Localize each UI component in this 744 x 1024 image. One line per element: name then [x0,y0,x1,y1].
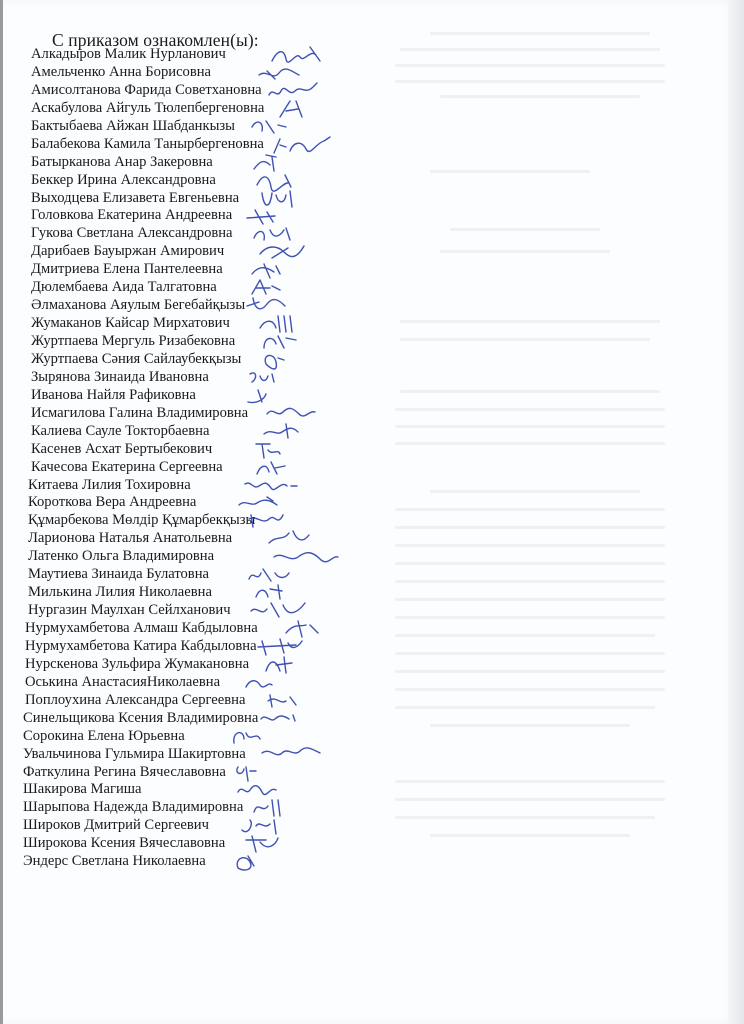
signatory-name: Журтпаева Мергуль Ризабековна [31,333,235,349]
signatory-row: Зырянова Зинаида Ивановна [31,369,266,387]
signatory-row: Амельченко Анна Борисовна [31,64,266,82]
bleed-through-line [430,490,640,493]
signatory-row: Касенев Асхат Бертыбекович [31,441,266,459]
bleed-through-line [395,526,665,529]
signatory-name: Синельщикова Ксения Владимировна [23,710,258,726]
signatory-row: Әлмаханова Аяулым Бегебайқызы [31,297,266,315]
signatory-row: Аскабулова Айгуль Тюлепбергеновна [31,100,266,118]
bleed-through-line [400,320,660,323]
signatory-name: Балабекова Камила Танырбергеновна [31,136,264,152]
signatory-row: Нурмухамбетова Алмаш Кабдыловна [25,620,260,638]
signatory-name: Нурмухамбетова Алмаш Кабдыловна [25,620,258,636]
signatory-name: Милькина Лилия Николаевна [28,584,212,600]
signatory-name: Жумаканов Кайсар Мирхатович [31,315,230,331]
signatory-row: Алкадыров Малик Нурланович [31,46,266,64]
signatory-name: Широков Дмитрий Сергеевич [23,817,209,833]
signatory-name: Дарибаев Бауыржан Амирович [31,243,224,259]
signatory-row: Құмарбекова Мөлдір Құмарбекқызы [28,512,263,530]
signatory-name: Широкова Ксения Вячеславовна [23,835,225,851]
bleed-through-line [395,598,665,601]
signatory-row: Батырканова Анар Закеровна [31,154,266,172]
bleed-through-line [430,170,590,173]
bleed-through-line [395,670,665,673]
signatory-row: Выходцева Елизавета Евгеньевна [31,190,266,208]
signatory-row: Широков Дмитрий Сергеевич [23,817,258,835]
signatory-name: Гукова Светлана Александровна [31,225,233,241]
signatory-row: Оськина АнастасияНиколаевна [25,674,260,692]
signatory-name: Дмитриева Елена Пантелеевна [31,261,223,277]
signatory-row: Латенко Ольга Владимировна [28,548,263,566]
signatory-row: Поплоухина Александра Сергеевна [25,692,260,710]
scan-edge [728,0,744,1024]
signatory-name: Нурмухамбетова Катира Кабдыловна [25,638,257,654]
signatory-name: Ларионова Наталья Анатольевна [28,530,232,546]
signatory-row: Нурмухамбетова Катира Кабдыловна [25,638,260,656]
signatory-name: Дюлембаева Аида Талгатовна [31,279,217,295]
signatory-row: Амисолтанова Фарида Советхановна [31,82,266,100]
signatory-name: Выходцева Елизавета Евгеньевна [31,190,239,206]
signatory-name: Журтпаева Сәния Сайлаубекқызы [31,351,241,367]
signatory-row: Бактыбаева Айжан Шабданкызы [31,118,266,136]
bleed-through-line [395,544,665,547]
signatory-row: Шакирова Магиша [23,781,258,799]
bleed-through-line [440,95,640,98]
signatory-row: Ларионова Наталья Анатольевна [28,530,263,548]
signatory-name: Латенко Ольга Владимировна [28,548,214,564]
bleed-through-line [395,562,665,565]
signatory-row: Головкова Екатерина Андреевна [31,207,266,225]
signatory-row: Беккер Ирина Александровна [31,172,266,190]
signatory-name: Головкова Екатерина Андреевна [31,207,232,223]
signatory-row: Жумаканов Кайсар Мирхатович [31,315,266,333]
signatory-name: Амельченко Анна Борисовна [31,64,211,80]
bleed-through-line [430,834,630,837]
signatory-row: Эндерс Светлана Николаевна [23,853,258,871]
signatory-row: Дюлембаева Аида Талгатовна [31,279,266,297]
signatory-row: Журтпаева Мергуль Ризабековна [31,333,266,351]
signatory-row: Калиева Сауле Токторбаевна [31,423,266,441]
signatory-row: Нургазин Маулхан Сейлханович [28,602,263,620]
signatory-name: Аскабулова Айгуль Тюлепбергеновна [31,100,264,116]
handwritten-signature-icon [232,851,292,873]
signatory-list: Алкадыров Малик НурлановичАмельченко Анн… [31,46,266,871]
signatory-row: Исмагилова Галина Владимировна [31,405,266,423]
bleed-through-line [395,652,665,655]
signatory-row: Синельщикова Ксения Владимировна [23,710,258,728]
signatory-row: Журтпаева Сәния Сайлаубекқызы [31,351,266,369]
signatory-name: Увальчинова Гульмира Шакиртовна [23,746,246,762]
bleed-through-line [430,32,650,35]
signatory-name: Качесова Екатерина Сергеевна [31,459,223,475]
signatory-row: Фаткулина Регина Вячеславовна [23,764,258,782]
signatory-row: Сорокина Елена Юрьевна [23,728,258,746]
signatory-name: Эндерс Светлана Николаевна [23,853,206,869]
bleed-through-line [395,780,665,783]
signatory-name: Оськина АнастасияНиколаевна [25,674,220,690]
signatory-name: Калиева Сауле Токторбаевна [31,423,209,439]
signatory-row: Китаева Лилия Тохировна [28,477,263,495]
signatory-name: Алкадыров Малик Нурланович [31,46,226,62]
bleed-through-line [395,580,665,583]
signatory-name: Құмарбекова Мөлдір Құмарбекқызы [28,512,255,528]
bleed-through-line [395,798,665,801]
signatory-row: Балабекова Камила Танырбергеновна [31,136,266,154]
bleed-through-line [450,228,600,231]
bleed-through-line [400,48,660,51]
signatory-name: Шарыпова Надежда Владимировна [23,799,243,815]
signatory-row: Качесова Екатерина Сергеевна [31,459,266,477]
signatory-name: Бактыбаева Айжан Шабданкызы [31,118,235,134]
signatory-row: Дмитриева Елена Пантелеевна [31,261,266,279]
signatory-name: Короткова Вера Андреевна [28,494,196,510]
signatory-name: Батырканова Анар Закеровна [31,154,213,170]
bleed-through-line [395,634,655,637]
signatory-row: Гукова Светлана Александровна [31,225,266,243]
bleed-through-line [395,816,655,819]
bleed-through-line [400,390,660,393]
bleed-through-line [400,338,650,341]
signatory-row: Маутиева Зинаида Булатовна [28,566,263,584]
signatory-name: Фаткулина Регина Вячеславовна [23,764,226,780]
signatory-name: Беккер Ирина Александровна [31,172,216,188]
bleed-through-line [395,408,665,411]
signatory-name: Сорокина Елена Юрьевна [23,728,185,744]
signatory-name: Нурскенова Зульфира Жумакановна [25,656,249,672]
signatory-row: Иванова Найля Рафиковна [31,387,266,405]
bleed-through-line [395,508,665,511]
signatory-row: Широкова Ксения Вячеславовна [23,835,258,853]
bleed-through-line [395,64,665,67]
signatory-name: Маутиева Зинаида Булатовна [28,566,209,582]
signatory-name: Китаева Лилия Тохировна [28,477,191,493]
signatory-row: Шарыпова Надежда Владимировна [23,799,258,817]
signatory-name: Әлмаханова Аяулым Бегебайқызы [31,297,245,313]
bleed-through-line [440,250,610,253]
bleed-through-line [395,688,665,691]
signatory-name: Нургазин Маулхан Сейлханович [28,602,231,618]
signatory-row: Короткова Вера Андреевна [28,494,263,512]
bleed-through-line [395,442,665,445]
bleed-through-line [395,616,665,619]
signatory-name: Зырянова Зинаида Ивановна [31,369,209,385]
signatory-row: Увальчинова Гульмира Шакиртовна [23,746,258,764]
bleed-through-line [395,425,665,428]
signatory-row: Дарибаев Бауыржан Амирович [31,243,266,261]
signatory-name: Касенев Асхат Бертыбекович [31,441,212,457]
signatory-name: Иванова Найля Рафиковна [31,387,196,403]
bleed-through-line [395,80,665,83]
signatory-name: Поплоухина Александра Сергеевна [25,692,245,708]
signatory-name: Шакирова Магиша [23,781,141,797]
bleed-through-line [430,724,630,727]
signatory-name: Исмагилова Галина Владимировна [31,405,248,421]
signatory-row: Милькина Лилия Николаевна [28,584,263,602]
signatory-name: Амисолтанова Фарида Советхановна [31,82,262,98]
signatory-row: Нурскенова Зульфира Жумакановна [25,656,260,674]
scanned-page: С приказом ознакомлен(ы): Алкадыров Мали… [0,0,744,1024]
bleed-through-line [395,706,655,709]
